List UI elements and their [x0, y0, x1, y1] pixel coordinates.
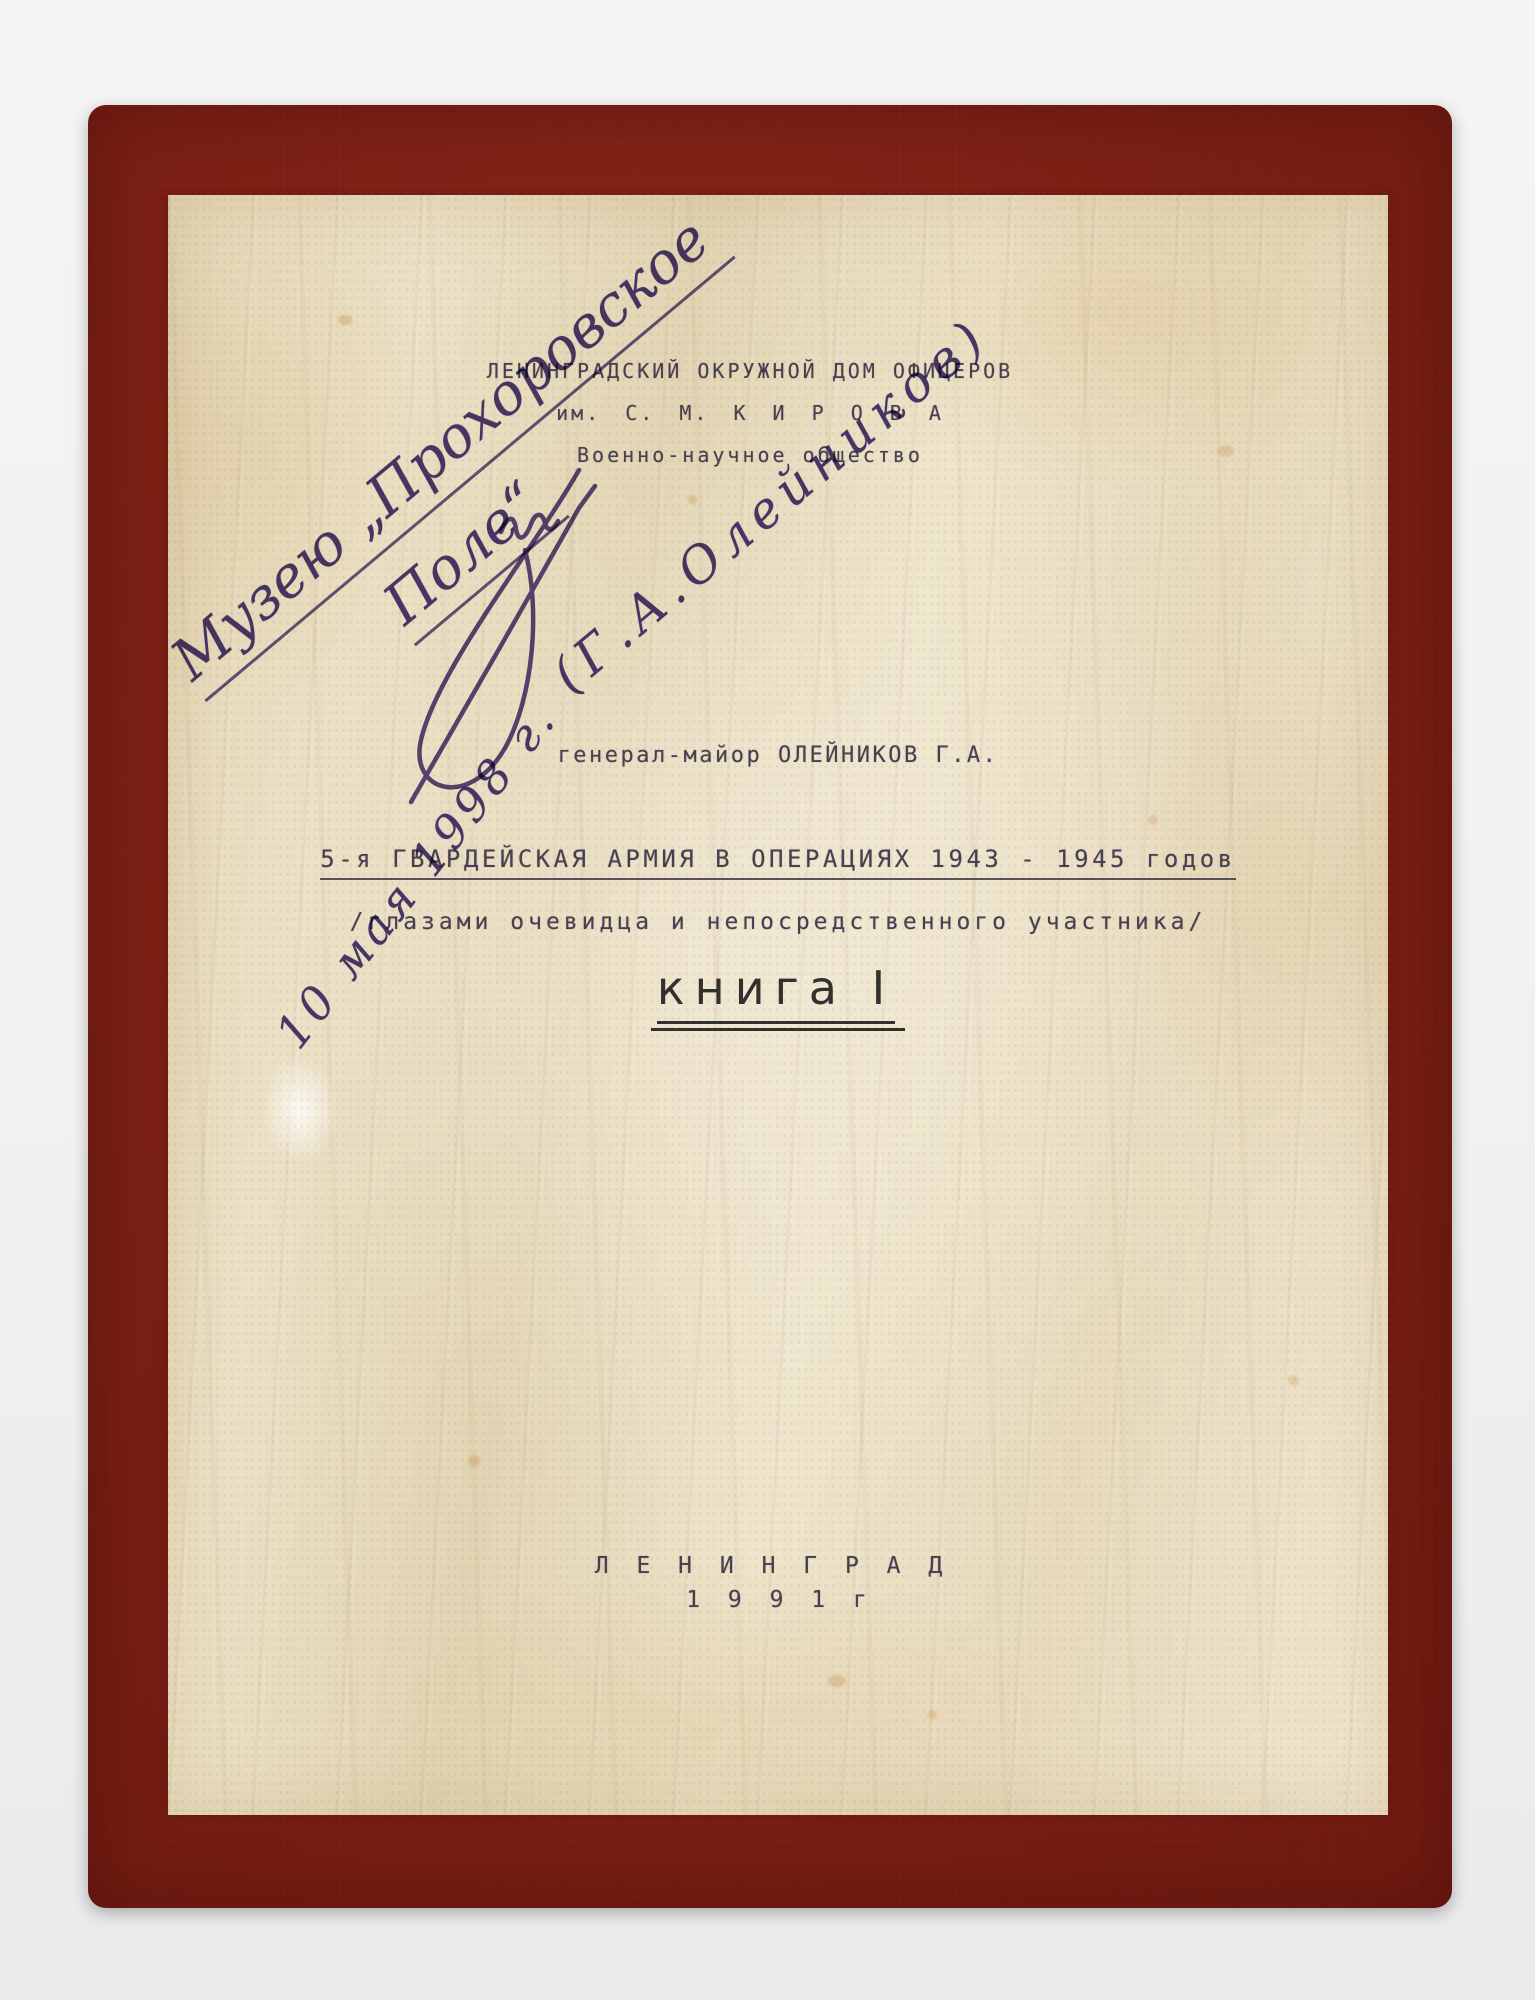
paper-stain [1288, 1375, 1299, 1386]
paper-stain [928, 1710, 937, 1719]
organization-header: ЛЕНИНГРАДСКИЙ ОКРУЖНОЙ ДОМ ОФИЦЕРОВ им. … [140, 350, 1360, 476]
imprint-city: Л Е Н И Н Г Р А Д [160, 1553, 1380, 1579]
paper-stain [688, 495, 697, 504]
book-cover: ЛЕНИНГРАДСКИЙ ОКРУЖНОЙ ДОМ ОФИЦЕРОВ им. … [88, 105, 1452, 1908]
volume-text: книга I [657, 961, 895, 1024]
author-line: генерал-майор ОЛЕЙНИКОВ Г.А. [168, 743, 1388, 768]
organization-line1: ЛЕНИНГРАДСКИЙ ОКРУЖНОЙ ДОМ ОФИЦЕРОВ [140, 350, 1360, 392]
title-page: ЛЕНИНГРАДСКИЙ ОКРУЖНОЙ ДОМ ОФИЦЕРОВ им. … [168, 195, 1388, 1815]
paper-stain [468, 1455, 480, 1467]
imprint-year: 1 9 9 1 г [168, 1587, 1388, 1613]
paper-stain [1148, 815, 1158, 825]
book-title: 5-я ГВАРДЕЙСКАЯ АРМИЯ В ОПЕРАЦИЯХ 1943 -… [168, 845, 1388, 873]
photo-scene: ЛЕНИНГРАДСКИЙ ОКРУЖНОЙ ДОМ ОФИЦЕРОВ им. … [0, 0, 1535, 2000]
volume-underline: книга I [651, 961, 905, 1031]
organization-line2: им. С. М. К И Р О В А [140, 392, 1360, 434]
paper-scuff [260, 1055, 340, 1165]
paper-stain [828, 1675, 846, 1687]
organization-line3: Военно-научное общество [140, 434, 1360, 476]
paper-stain [338, 315, 352, 325]
